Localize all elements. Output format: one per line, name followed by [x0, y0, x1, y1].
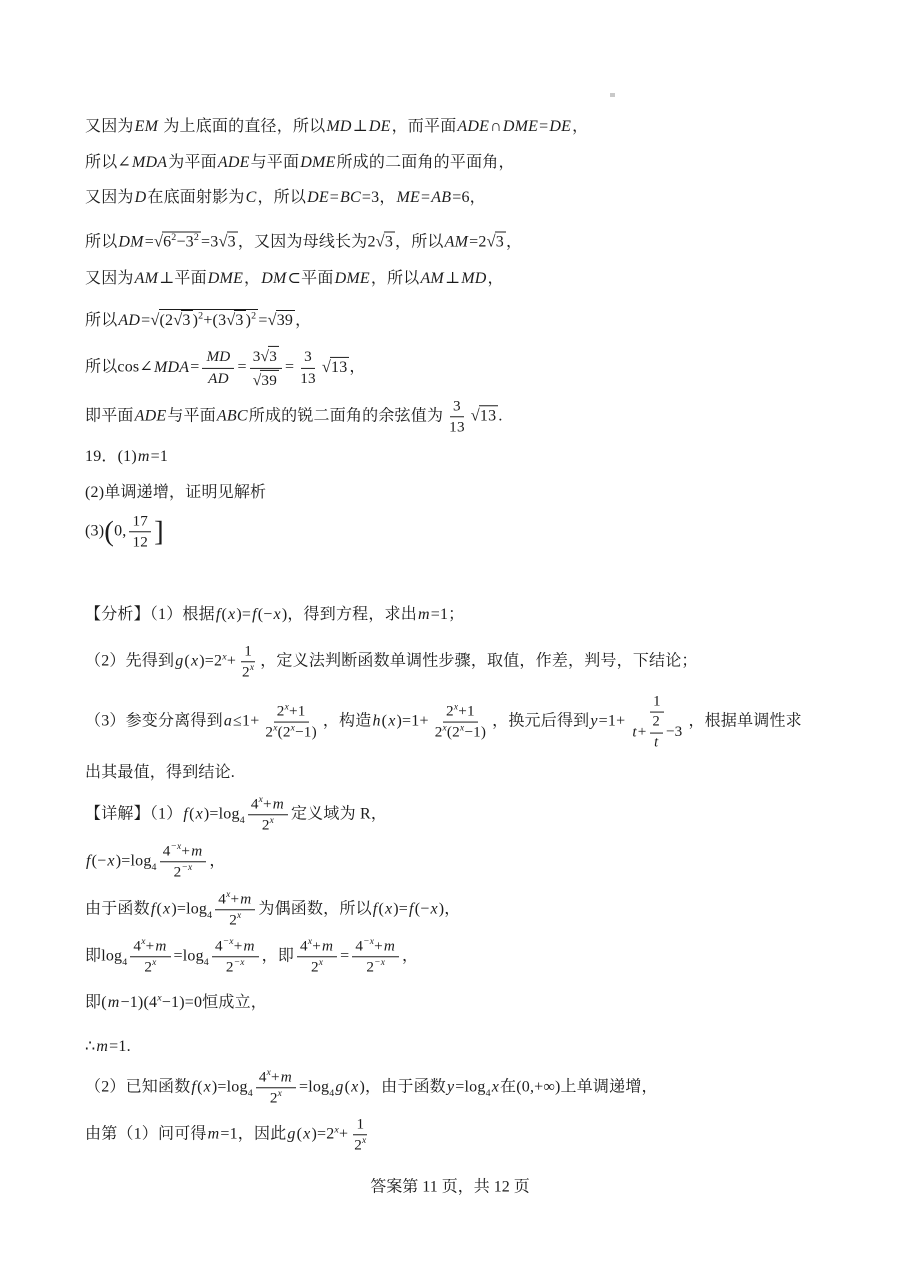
subscript: 4: [204, 957, 209, 968]
radicand: 3: [495, 232, 506, 253]
fraction: 4−x+m2−x: [212, 937, 259, 976]
math-variable: AM: [419, 270, 445, 287]
superscript: −x: [374, 958, 385, 968]
text-line: 由第（1）问可得m=1，因此g(x)=2x+12x: [85, 1115, 372, 1154]
text-line: 即log44x+m2x=log44−x+m2−x，即4x+m2x=4−x+m2−…: [85, 937, 418, 976]
math-variable: f: [251, 606, 258, 623]
math-variable: C: [245, 189, 258, 206]
text-line: (3)(0,1712]: [85, 512, 164, 551]
superscript: x: [237, 911, 241, 921]
math-variable: x: [429, 901, 438, 918]
superscript: 2: [194, 232, 199, 243]
numerator: 4−x+m: [160, 842, 207, 862]
subscript: 4: [152, 862, 157, 873]
fraction: 4x+m2x: [256, 1068, 296, 1107]
math-variable: g: [334, 1079, 344, 1096]
text-line: 即平面ADE与平面ABC所成的锐二面角的余弦值为313√13.: [85, 397, 503, 436]
big-delimiter: ]: [154, 515, 164, 547]
superscript: x: [460, 723, 464, 733]
superscript: x: [334, 1124, 339, 1135]
superscript: 2: [198, 311, 203, 322]
sqrt-radical: √39: [268, 312, 296, 329]
text-line: （2）已知函数f(x)=log44x+m2x=log4g(x)，由于函数y=lo…: [85, 1068, 658, 1107]
math-variable: D: [134, 189, 148, 206]
numerator: 3√3: [250, 346, 282, 369]
math-variable: g: [174, 653, 184, 670]
math-variable: x: [195, 806, 204, 823]
math-variable: h: [371, 713, 381, 730]
numerator: 2: [650, 714, 663, 733]
math-variable: m: [417, 606, 431, 623]
fraction: 2x+12x(2x−1): [262, 702, 319, 741]
superscript: x: [291, 723, 295, 733]
math-variable: DE: [548, 118, 572, 135]
numerator: 17: [129, 512, 151, 532]
sqrt-radical: √3: [376, 234, 395, 251]
radicand: 3: [181, 310, 192, 331]
numerator: 2x+1: [274, 702, 309, 722]
math-variable: x: [491, 1079, 500, 1096]
superscript: x: [443, 723, 447, 733]
sqrt-radical: √3: [487, 234, 506, 251]
math-variable: MD: [325, 118, 352, 135]
radicand: 39: [276, 310, 295, 331]
radicand: 3: [268, 346, 279, 366]
fraction: 4−x+m2−x: [160, 842, 207, 881]
superscript: x: [222, 651, 227, 662]
text-line: 即(m−1)(4x−1)=0恒成立，: [85, 993, 267, 1013]
numerator: 1: [650, 693, 664, 713]
denominator: t: [650, 733, 662, 751]
math-variable: DME: [502, 118, 539, 135]
superscript: x: [270, 816, 274, 826]
math-variable: DM: [260, 270, 287, 287]
sqrt-radical: √13: [471, 408, 499, 425]
text-line: ∴m=1.: [85, 1037, 131, 1057]
subscript: 4: [486, 1088, 491, 1099]
math-variable: m: [280, 1068, 293, 1085]
math-variable: AD: [207, 370, 230, 387]
math-variable: ABC: [216, 408, 249, 425]
math-variable: DME: [207, 270, 244, 287]
text-line: （3）参变分离得到a≤1+2x+12x(2x−1)，构造h(x)=1+2x+12…: [85, 693, 802, 752]
radicand: 13: [479, 406, 498, 427]
subscript: 4: [248, 1088, 253, 1099]
denominator: 2x(2x−1): [262, 722, 319, 741]
denominator: 2x: [226, 911, 244, 930]
numerator: 4x+m: [297, 937, 337, 957]
math-variable: t: [653, 734, 659, 750]
page-footer: 答案第 11 页，共 12 页: [0, 1174, 900, 1197]
radicand: 13: [330, 357, 349, 378]
superscript: 2: [171, 232, 176, 243]
text-line: 19．(1)m=1: [85, 447, 168, 467]
text-line: 又因为AM⊥平面DME，DM⊂平面DME，所以AM⊥MD，: [85, 269, 504, 289]
big-delimiter: (: [104, 515, 114, 547]
math-variable: ADE: [456, 118, 490, 135]
numerator: 1: [353, 1115, 367, 1135]
denominator: 2x: [351, 1136, 369, 1155]
math-variable: m: [137, 448, 151, 465]
math-variable: ADE: [134, 408, 168, 425]
text-line: f(−x)=log44−x+m2−x，: [85, 842, 226, 881]
denominator: 2−x: [171, 863, 196, 882]
denominator: 13: [297, 369, 319, 388]
math-variable: EM: [134, 118, 160, 135]
superscript: −x: [363, 937, 374, 947]
fraction: 313: [297, 348, 319, 387]
math-variable: AM: [134, 270, 160, 287]
text-line: 又因为D在底面射影为C，所以DE=BC=3，ME=AB=6，: [85, 188, 486, 208]
sqrt-radical: √13: [322, 359, 350, 376]
denominator: 2x: [141, 958, 159, 977]
math-variable: AM: [444, 234, 470, 251]
text-line: (2)单调递增，证明见解析: [85, 483, 266, 503]
fraction: MDAD: [202, 348, 234, 387]
math-variable: g: [286, 1126, 296, 1143]
fraction: 4−x+m2−x: [352, 937, 399, 976]
numerator: 3: [450, 397, 464, 417]
text-line: 所以cos∠MDA=MDAD=3√3√39=313√13，: [85, 346, 366, 390]
math-variable: a: [223, 713, 233, 730]
radicand: 3: [227, 232, 238, 253]
math-variable: m: [107, 994, 121, 1011]
page: 又因为EM 为上底面的直径，所以MD⊥DE，而平面ADE∩DME=DE，所以∠M…: [0, 0, 900, 1273]
text-line: 又因为EM 为上底面的直径，所以MD⊥DE，而平面ADE∩DME=DE，: [85, 117, 588, 137]
math-variable: f: [85, 853, 92, 870]
denominator: t+2t−3: [628, 713, 685, 752]
fraction: 4x+m2x: [297, 937, 337, 976]
text-line: 所以∠MDA为平面ADE与平面DME所成的二面角的平面角，: [85, 153, 515, 173]
math-variable: x: [302, 1126, 311, 1143]
numerator: 4−x+m: [352, 937, 399, 957]
subscript: 4: [122, 957, 127, 968]
math-variable: MDA: [153, 359, 190, 376]
text-line: 由于函数f(x)=log44x+m2x为偶函数，所以f(x)=f(−x)，: [85, 890, 461, 929]
numerator: 4x+m: [215, 890, 255, 910]
fraction: 4x+m2x: [130, 937, 170, 976]
radicand: (2√3)2+(3√3)2: [159, 309, 259, 331]
sqrt-radical: √39: [253, 372, 279, 389]
text-line: （2）先得到g(x)=2x+12x，定义法判断函数单调性步骤，取值，作差，判号，…: [85, 642, 698, 681]
math-variable: m: [95, 1038, 109, 1055]
denominator: 2x: [239, 663, 257, 682]
radicand: 62−32: [162, 232, 201, 253]
math-variable: x: [106, 853, 115, 870]
math-variable: AD: [117, 312, 141, 329]
math-variable: f: [408, 901, 415, 918]
numerator: MD: [202, 348, 234, 368]
math-variable: x: [350, 1079, 359, 1096]
denominator: √39: [250, 369, 282, 391]
math-variable: AB: [430, 189, 452, 206]
numerator: 4x+m: [248, 795, 288, 815]
superscript: −x: [223, 937, 234, 947]
math-variable: m: [207, 1126, 221, 1143]
superscript: x: [267, 1068, 271, 1078]
denominator: 2x: [308, 958, 326, 977]
math-variable: x: [203, 1079, 212, 1096]
math-variable: ADE: [217, 154, 251, 171]
math-variable: y: [589, 713, 598, 730]
denominator: 12: [129, 533, 151, 552]
fraction: 3√3√39: [250, 346, 282, 390]
numerator: 2x+1: [443, 702, 478, 722]
math-variable: m: [272, 795, 285, 812]
sqrt-radical: √3: [226, 312, 245, 329]
math-variable: m: [239, 890, 252, 907]
math-variable: f: [372, 901, 379, 918]
math-variable: f: [182, 806, 189, 823]
math-variable: DE: [306, 189, 330, 206]
fraction: 12x: [239, 642, 257, 681]
superscript: x: [157, 993, 162, 1004]
math-variable: x: [387, 713, 396, 730]
denominator: 2−x: [223, 958, 248, 977]
sqrt-radical: √(2√3)2+(3√3)2: [150, 312, 258, 329]
superscript: x: [273, 723, 277, 733]
subscript: 4: [240, 815, 245, 826]
math-variable: t: [631, 723, 637, 740]
sqrt-radical: √3: [218, 234, 237, 251]
superscript: x: [278, 1089, 282, 1099]
superscript: x: [259, 795, 263, 805]
math-variable: x: [273, 606, 282, 623]
subscript: 4: [207, 910, 212, 921]
fraction: 1t+2t−3: [628, 693, 685, 752]
math-variable: m: [383, 937, 396, 954]
superscript: −x: [234, 958, 245, 968]
superscript: x: [250, 663, 254, 673]
math-variable: ME: [396, 189, 422, 206]
radicand: 3: [234, 310, 245, 331]
math-variable: DE: [368, 118, 392, 135]
math-variable: DM: [117, 234, 144, 251]
fraction: 2t: [650, 714, 663, 752]
math-variable: m: [154, 937, 167, 954]
fraction: 2x+12x(2x−1): [432, 702, 489, 741]
denominator: 2x: [267, 1089, 285, 1108]
superscript: x: [308, 937, 312, 947]
superscript: x: [362, 1136, 366, 1146]
numerator: 4x+m: [130, 937, 170, 957]
math-variable: x: [384, 901, 393, 918]
math-variable: m: [242, 937, 255, 954]
fraction: 313: [446, 397, 468, 436]
math-variable: x: [227, 606, 236, 623]
math-variable: MDA: [131, 154, 168, 171]
math-variable: f: [190, 1079, 197, 1096]
sqrt-radical: √62−32: [154, 234, 201, 251]
numerator: 3: [301, 348, 315, 368]
denominator: 2x: [259, 816, 277, 835]
math-variable: DME: [299, 154, 336, 171]
radicand: 39: [260, 370, 279, 390]
fraction: 12x: [351, 1115, 369, 1154]
superscript: x: [454, 702, 458, 712]
math-variable: m: [321, 937, 334, 954]
text-line: 出其最值，得到结论.: [85, 763, 235, 783]
radicand: 3: [384, 232, 395, 253]
denominator: 2−x: [363, 958, 388, 977]
math-variable: MD: [460, 270, 487, 287]
sqrt-radical: √3: [261, 348, 280, 365]
denominator: AD: [204, 369, 233, 388]
superscript: −x: [181, 863, 192, 873]
math-variable: BC: [339, 189, 362, 206]
superscript: x: [285, 702, 289, 712]
superscript: x: [319, 958, 323, 968]
denominator: 2x(2x−1): [432, 722, 489, 741]
math-variable: m: [190, 842, 203, 859]
text-line: 【详解】（1）f(x)=log44x+m2x定义域为 R，: [85, 795, 387, 834]
fraction: 4x+m2x: [248, 795, 288, 834]
numerator: 4x+m: [256, 1068, 296, 1088]
denominator: 13: [446, 418, 468, 437]
math-variable: DME: [334, 270, 371, 287]
math-variable: MD: [205, 348, 231, 365]
stray-mark: [610, 93, 615, 97]
math-variable: f: [215, 606, 222, 623]
numerator: 4−x+m: [212, 937, 259, 957]
fraction: 1712: [129, 512, 151, 551]
text-line: 所以DM=√62−32=3√3，又因为母线长为2√3，所以AM=2√3，: [85, 232, 522, 253]
math-variable: x: [162, 901, 171, 918]
text-line: 【分析】（1）根据f(x)=f(−x)，得到方程，求出m=1；: [85, 605, 464, 625]
superscript: 2: [251, 311, 256, 322]
superscript: −x: [170, 842, 181, 852]
superscript: x: [141, 937, 145, 947]
text-line: 所以AD=√(2√3)2+(3√3)2=√39，: [85, 309, 311, 331]
math-variable: x: [190, 653, 199, 670]
numerator: 1: [241, 642, 255, 662]
fraction: 4x+m2x: [215, 890, 255, 929]
superscript: x: [226, 890, 230, 900]
math-variable: y: [446, 1079, 455, 1096]
superscript: x: [152, 958, 156, 968]
math-variable: f: [150, 901, 157, 918]
sqrt-radical: √3: [173, 312, 192, 329]
